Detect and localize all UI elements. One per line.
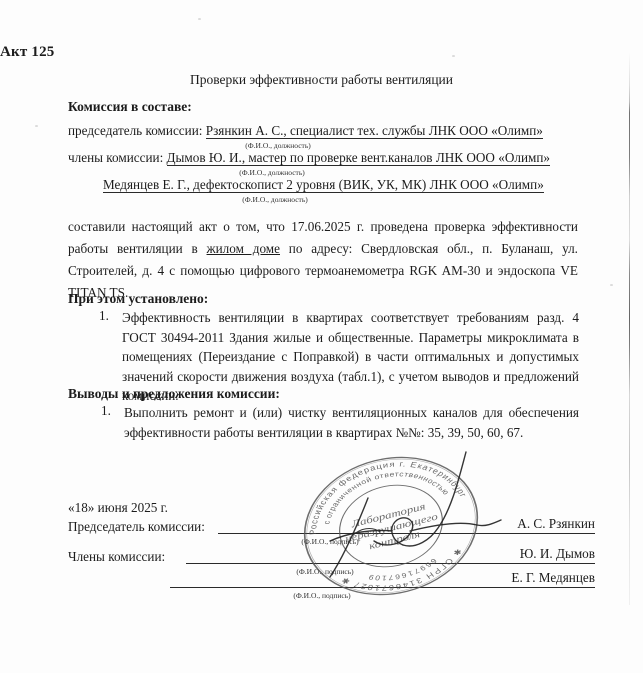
- scan-speck: [198, 18, 201, 20]
- chairman-label: председатель комиссии:: [68, 123, 206, 138]
- member1-name: Ю. И. Дымов: [395, 546, 595, 562]
- signature-line: [218, 533, 595, 534]
- member2-row: Медянцев Е. Г., дефектоскопист 2 уровня …: [103, 177, 544, 193]
- chairman-name: А. С. Рзянкин: [395, 516, 595, 532]
- member1-value: Дымов Ю. И., мастер по проверке вент.кан…: [167, 150, 550, 166]
- members-sign-label: Члены комиссии:: [68, 549, 165, 565]
- fio-position-label: (Ф.И.О., должность): [172, 168, 372, 177]
- doc-title: Акт 125: [0, 44, 643, 61]
- fio-position-label: (Ф.И.О., должность): [175, 195, 375, 204]
- signature-line: [186, 563, 595, 564]
- signature-line: [170, 587, 595, 588]
- signature-date: «18» июня 2025 г.: [68, 500, 168, 516]
- document-page: Акт 125 Проверки эффективности работы ве…: [0, 0, 643, 673]
- conclusions-item-number: 1.: [101, 403, 111, 419]
- paragraph-underlined-text: жилом доме: [207, 241, 280, 256]
- conclusions-heading: Выводы и предложения комиссии:: [68, 386, 280, 402]
- fio-position-label: (Ф.И.О., должность): [178, 141, 378, 150]
- member1-row: члены комиссии: Дымов Ю. И., мастер по п…: [68, 150, 550, 166]
- member2-value: Медянцев Е. Г., дефектоскопист 2 уровня …: [103, 177, 544, 193]
- commission-heading: Комиссия в составе:: [68, 99, 192, 115]
- scan-speck: [35, 125, 38, 127]
- chairman-row: председатель комиссии: Рзянкин А. С., сп…: [68, 123, 543, 139]
- fio-sign-label: (Ф.И.О., подпись): [230, 537, 430, 546]
- findings-item-number: 1.: [99, 308, 109, 324]
- scan-speck: [452, 55, 455, 57]
- findings-heading: При этом установлено:: [68, 291, 208, 307]
- chairman-value: Рзянкин А. С., специалист тех. службы ЛН…: [206, 123, 543, 139]
- conclusions-item-text: Выполнить ремонт и (или) чистку вентиляц…: [124, 403, 579, 443]
- members-label: члены комиссии:: [68, 150, 167, 165]
- scan-artifact-line: [629, 52, 630, 605]
- fio-sign-label: (Ф.И.О., подпись): [222, 591, 422, 600]
- chairman-sign-label: Председатель комиссии:: [68, 519, 205, 535]
- member2-name: Е. Г. Медянцев: [395, 570, 595, 586]
- scan-speck: [610, 284, 613, 286]
- doc-subtitle: Проверки эффективности работы вентиляции: [0, 72, 643, 88]
